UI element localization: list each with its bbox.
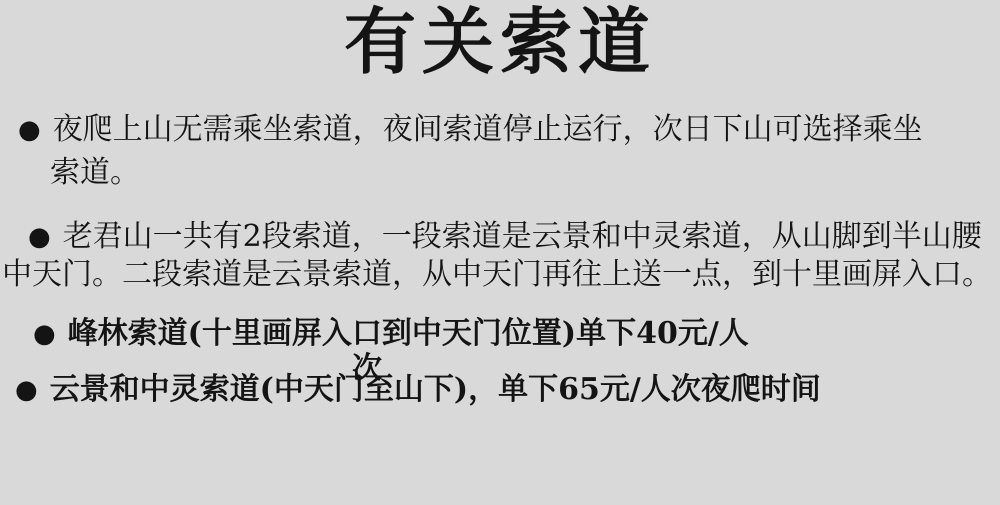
bullet-icon: ● bbox=[28, 223, 51, 252]
bullet-icon: ● bbox=[18, 116, 41, 145]
bullet-item-yunjing-price-line1: ●云景和中灵索道(中天门至山下)，单下65元/人次夜爬时间 bbox=[15, 373, 821, 406]
bullet-item-night-climb-line1: ●夜爬上山无需乘坐索道，夜间索道停止运行，次日下山可选择乘坐 bbox=[18, 113, 923, 146]
bullet-item-two-sections-line1: ●老君山一共有2段索道，一段索道是云景和中灵索道，从山脚到半山腰 bbox=[28, 220, 982, 253]
bullet-item-night-climb-text1: 夜爬上山无需乘坐索道，夜间索道停止运行，次日下山可选择乘坐 bbox=[53, 112, 923, 147]
bullet-item-two-sections-line2: 中天门。二段索道是云景索道，从中天门再往上送一点，到十里画屏入口。 bbox=[2, 258, 992, 291]
bullet-item-two-sections-text1: 老君山一共有2段索道，一段索道是云景和中灵索道，从山脚到半山腰 bbox=[63, 219, 982, 254]
bullet-item-fenglin-price-text1: 峰林索道(十里画屏入口到中天门位置)单下40元/人 bbox=[68, 316, 749, 351]
bullet-icon: ● bbox=[15, 376, 38, 405]
bullet-item-yunjing-price-text1: 云景和中灵索道(中天门至山下)，单下65元/人次夜爬时间 bbox=[50, 372, 821, 407]
bullet-icon: ● bbox=[33, 320, 56, 349]
slide-canvas: 有关索道 ●夜爬上山无需乘坐索道，夜间索道停止运行，次日下山可选择乘坐 索道。 … bbox=[0, 0, 1000, 505]
bullet-item-night-climb-line2: 索道。 bbox=[50, 156, 140, 189]
bullet-item-fenglin-price-line1: ●峰林索道(十里画屏入口到中天门位置)单下40元/人 bbox=[33, 317, 749, 350]
page-title: 有关索道 bbox=[0, 4, 1000, 80]
